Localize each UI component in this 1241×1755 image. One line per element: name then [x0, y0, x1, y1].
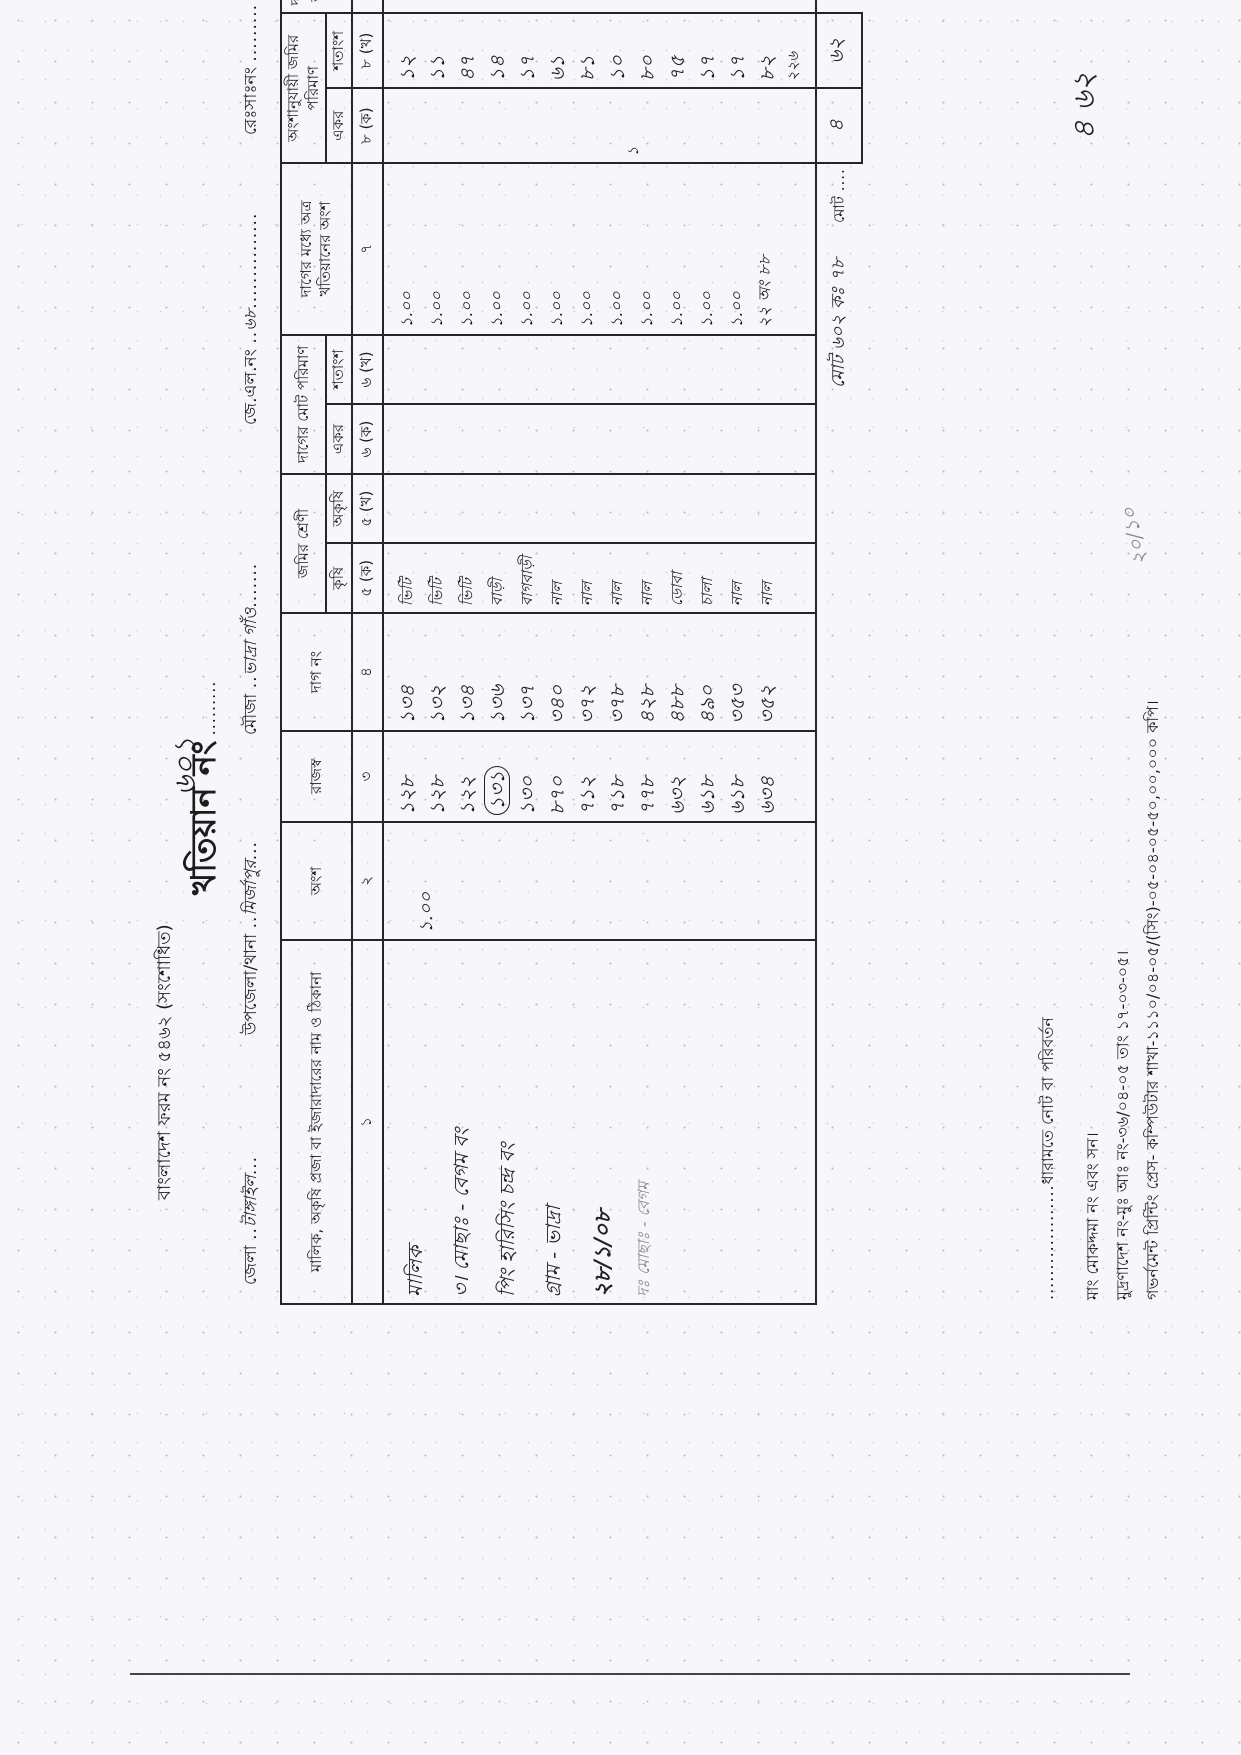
upazila-value: মির্জাপুর [241, 860, 261, 915]
khatian-share-value: ১.০০ [422, 170, 452, 327]
header-agri: কৃষি [326, 543, 352, 613]
mouza-value: ভাদ্রা গাঁও [241, 608, 261, 676]
revenue-value: ৭১২ [572, 738, 602, 815]
district-field: জেলা ..টাঙ্গাইল... [238, 1156, 266, 1285]
header-share: অংশ [281, 822, 352, 940]
share-decimal-value: ১২ [392, 20, 422, 81]
col-num-share: ২ [352, 822, 383, 940]
owner-entry: গ্রাম - ভাদ্রা [530, 947, 576, 1297]
mouza-field: মৌজা ..ভাদ্রা গাঁও....... [238, 563, 266, 735]
plot-number: ৪২৮ [632, 620, 662, 724]
plot-number: ৪৮৮ [662, 620, 692, 724]
owner-cell: মালিক৩। মোছাঃ - বেগম বংপিং হারিসিং চন্দ্… [383, 940, 816, 1304]
header-share-acre: একর [326, 88, 352, 163]
plot-number: ৩৭৮ [602, 620, 632, 724]
resa-field: রেঃসাঃনং ......... [238, 4, 266, 135]
title-block: খতিয়ান নং ......... ৬০১ [178, 617, 235, 895]
plot-cell: ১৩৪১৩২১৩৪১৩৬১৩৭৩৪০৩৭২৩৭৮৪২৮৪৮৮৪৯০৩৫৩৩৫২ [383, 613, 816, 731]
print-order-line: মুদ্রণাদেশ নং-মুঃ আঃ নং-৩৬/০৪-০৫ তাং ১৭-… [1110, 951, 1137, 1300]
col-num-share-acre: ৮ (ক) [352, 88, 383, 163]
plot-number: ৩৪০ [542, 620, 572, 724]
plot-number-list: ১৩৪১৩২১৩৪১৩৬১৩৭৩৪০৩৭২৩৭৮৪২৮৪৮৮৪৯০৩৫৩৩৫২ [392, 620, 782, 724]
district-value: টাঙ্গাইল [241, 1175, 261, 1227]
share-decimal-value: ৭৫ [662, 20, 692, 81]
upazila-label: উপজেলা/থানা [241, 934, 261, 1035]
table-body-row: মালিক৩। মোছাঃ - বেগম বংপিং হারিসিং চন্দ্… [383, 0, 816, 1304]
revenue-value: ১৩১ [482, 738, 512, 815]
khatian-share-value: ১.০০ [632, 170, 662, 327]
share-cell: ১.০০ [383, 822, 816, 940]
col-num-acre: ৬ (ক) [352, 404, 383, 474]
header-plot-total: দাগের মোট পরিমাণ [281, 335, 326, 474]
share-decimal-value: ১৭ [512, 20, 542, 81]
revenue-value: ৮৭০ [542, 738, 572, 815]
share-decimal-value: ৬১ [542, 20, 572, 81]
revenue-value: ৬১৮ [722, 738, 752, 815]
header-khatian-share: দাগের মধ্যে অত্র খতিয়ানের অংশ [281, 163, 352, 334]
jl-field: জে.এল.নং ..৬৮............... [238, 213, 266, 425]
revenue-value: ৬৩৪ [752, 738, 782, 815]
share-acre-cell: ১ [383, 88, 816, 163]
khatian-share-cell: ১.০০১.০০১.০০১.০০১.০০১.০০১.০০১.০০১.০০১.০০… [383, 163, 816, 334]
plot-number: ৩৭২ [572, 620, 602, 724]
land-class-value: নাল [542, 550, 572, 606]
share-decimal-value: ১৭ [722, 20, 752, 81]
land-class-value: নাল [602, 550, 632, 606]
form-reference: বাংলাদেশ ফরম নং ৫৪৬২ (সংশোধিত) [150, 924, 181, 1200]
khatian-share-value: ১.০০ [542, 170, 572, 327]
col-num-nonagri: ৫ (খ) [352, 474, 383, 544]
land-class-value: ভিটি [452, 550, 482, 606]
revenue-value: ৬৩২ [662, 738, 692, 815]
upazila-field: উপজেলা/থানা ..মির্জাপুর... [238, 841, 266, 1035]
khatian-share-value: ১.০০ [482, 170, 512, 327]
mouza-label: মৌজা [241, 694, 261, 735]
share-decimal-value: ১০ [602, 20, 632, 81]
land-class-value: নাল [632, 550, 662, 606]
header-decimal: শতাংশ [326, 335, 352, 405]
plot-number: ৩৫২ [752, 620, 782, 724]
signature-date: ২৮/১/০৮ [586, 947, 623, 1297]
decimal-cell [383, 335, 816, 405]
margin-rule [130, 1673, 1130, 1675]
share-decimal-total-note: ২২৬ [782, 20, 807, 81]
khatian-share-value: ১.০০ [662, 170, 692, 327]
handwritten-total: ৪ ৬২ [1060, 72, 1111, 140]
revenue-value: ৭৭৮ [632, 738, 662, 815]
stamp-scrawl: ২০/১০ [1114, 503, 1158, 567]
jl-label: জে.এল.নং [241, 349, 261, 425]
possession-cell [383, 0, 816, 13]
land-class-value: নাল [722, 550, 752, 606]
share-decimal-value: ৮১ [572, 20, 602, 81]
khatian-number: ৬০১ [168, 737, 203, 795]
land-class-list: ভিটিভিটিভিটিবাড়ীবাগবাড়ীনালনালনালনালডোব… [392, 550, 782, 606]
header-revenue: রাজস্ব [281, 731, 352, 822]
section-note-text: ধারামতে নোট বা পরিবর্তন [1038, 1017, 1057, 1184]
nonagri-cell [383, 474, 816, 544]
owner-entry: ৩। মোছাঃ - বেগম বং [438, 947, 484, 1297]
khatian-share-list: ১.০০১.০০১.০০১.০০১.০০১.০০১.০০১.০০১.০০১.০০… [392, 170, 752, 327]
header-plot-no: দাগ নং [281, 613, 352, 731]
share-decimal-value: ৮২ [752, 20, 782, 81]
share-acre-extra: ১ [622, 95, 647, 156]
press-line: গভর্নমেন্ট প্রিন্টিং প্রেস- কম্পিউটার শা… [1140, 700, 1167, 1300]
plot-number: ১৩৪ [392, 620, 422, 724]
agri-cell: ভিটিভিটিভিটিবাড়ীবাগবাড়ীনালনালনালনালডোব… [383, 543, 816, 613]
plot-number: ৪৯০ [692, 620, 722, 724]
total-acre: ৪ [816, 88, 862, 163]
total-plots-note: মোট ৬০২ কঃ ৭৮ [828, 258, 849, 388]
district-label: জেলা [241, 1245, 261, 1285]
revenue-cell: ১২৮১২৮১২২১৩১১৩০৮৭০৭১২৭১৮৭৭৮৬৩২৬১৮৬১৮৬৩৪ [383, 731, 816, 822]
khatian-form: বাংলাদেশ ফরম নং ৫৪৬২ (সংশোধিত) খতিয়ান ন… [0, 0, 1241, 1755]
revenue-value: ১২৮ [422, 738, 452, 815]
khatian-share-value: ১.০০ [602, 170, 632, 327]
pencil-note: দঃ মোছাঃ - বেগম [631, 947, 658, 1297]
share-decimal-value: ৪৭ [452, 20, 482, 81]
header-nonagri: অকৃষি [326, 474, 352, 544]
header-owner: মালিক, অকৃষি প্রজা বা ইজারাদারের নাম ও ঠ… [281, 940, 352, 1304]
plot-number: ১৩৭ [512, 620, 542, 724]
khatian-table: মালিক, অকৃষি প্রজা বা ইজারাদারের নাম ও ঠ… [280, 0, 863, 1305]
owner-entries: মালিক৩। মোছাঃ - বেগম বংপিং হারিসিং চন্দ্… [392, 947, 576, 1297]
share-decimal-value: ১৪ [482, 20, 512, 81]
col-num-possession [352, 0, 383, 13]
share-decimal-value: ১১ [422, 20, 452, 81]
khatian-share-value: ১.০০ [392, 170, 422, 327]
header-share-decimal: শতাংশ [326, 13, 352, 88]
title-dots: ......... [200, 681, 219, 736]
khatian-share-note: ২২ অং ৮৮ [752, 170, 779, 327]
resa-label: রেঃসাঃনং [241, 67, 261, 135]
revenue-list: ১২৮১২৮১২২১৩১১৩০৮৭০৭১২৭১৮৭৭৮৬৩২৬১৮৬১৮৬৩৪ [392, 738, 782, 815]
revenue-value: ৬১৮ [692, 738, 722, 815]
header-land-class: জমির শ্রেণী [281, 474, 326, 613]
section-note: ...................ধারামতে নোট বা পরিবর্… [1035, 1017, 1062, 1300]
header-possession: দখল বিষয়ক বা অন্যান্য বিশেষ মন্তব্য [281, 0, 352, 13]
col-num-decimal: ৬ (খ) [352, 335, 383, 405]
plot-number: ৩৫৩ [722, 620, 752, 724]
owner-entry: পিং হারিসিং চন্দ্র বং [484, 947, 530, 1297]
share-decimal-value: ১৭ [692, 20, 722, 81]
plot-number: ১৩৪ [452, 620, 482, 724]
total-row: মোট ৬০২ কঃ ৭৮ মোট .... ৪ ৬২ [816, 0, 862, 1304]
share-decimal-list: ১২১১৪৭১৪১৭৬১৮১১০৮০৭৫১৭১৭৮২ [392, 20, 782, 81]
land-class-value: ডোবা [662, 550, 692, 606]
revenue-value: ১২৮ [392, 738, 422, 815]
header-share-qty: অংশানুযায়ী জমির পরিমাণ [281, 13, 326, 163]
owner-entry: মালিক [392, 947, 438, 1297]
col-num-owner: ১ [352, 940, 383, 1304]
plot-number: ১৩৬ [482, 620, 512, 724]
land-class-value: বাগবাড়ী [512, 550, 542, 606]
col-num-revenue: ৩ [352, 731, 383, 822]
khatian-share-value: ১.০০ [722, 170, 752, 327]
share-decimal-cell: ১২১১৪৭১৪১৭৬১৮১১০৮০৭৫১৭১৭৮২ ২২৬ [383, 13, 816, 88]
col-num-share-decimal: ৮ (খ) [352, 13, 383, 88]
col-num-agri: ৫ (ক) [352, 543, 383, 613]
khatian-share-value: ১.০০ [692, 170, 722, 327]
land-class-value: চালা [692, 550, 722, 606]
total-label: মোট [830, 196, 848, 223]
land-class-value: নাল [752, 550, 782, 606]
share-value: ১.০০ [412, 829, 443, 933]
acre-cell [383, 404, 816, 474]
share-decimal-value: ৮০ [632, 20, 662, 81]
land-class-value: নাল [572, 550, 602, 606]
revenue-value: ৭১৮ [602, 738, 632, 815]
land-class-value: বাড়ী [482, 550, 512, 606]
khatian-share-value: ১.০০ [512, 170, 542, 327]
jl-value: ৬৮ [241, 309, 261, 331]
land-class-value: ভিটি [392, 550, 422, 606]
header-acre: একর [326, 404, 352, 474]
case-line: মাং মোকদ্দমা নং এবং সন। [1080, 1132, 1107, 1300]
column-number-row: ১ ২ ৩ ৪ ৫ (ক) ৫ (খ) ৬ (ক) ৬ (খ) ৭ ৮ (ক) … [352, 0, 383, 1304]
col-num-plot: ৪ [352, 613, 383, 731]
col-num-khatian-share: ৭ [352, 163, 383, 334]
land-class-value: ভিটি [422, 550, 452, 606]
plot-number: ১৩২ [422, 620, 452, 724]
revenue-value: ১২২ [452, 738, 482, 815]
khatian-share-value: ১.০০ [452, 170, 482, 327]
revenue-value: ১৩০ [512, 738, 542, 815]
khatian-share-value: ১.০০ [572, 170, 602, 327]
total-decimal: ৬২ [816, 13, 862, 88]
